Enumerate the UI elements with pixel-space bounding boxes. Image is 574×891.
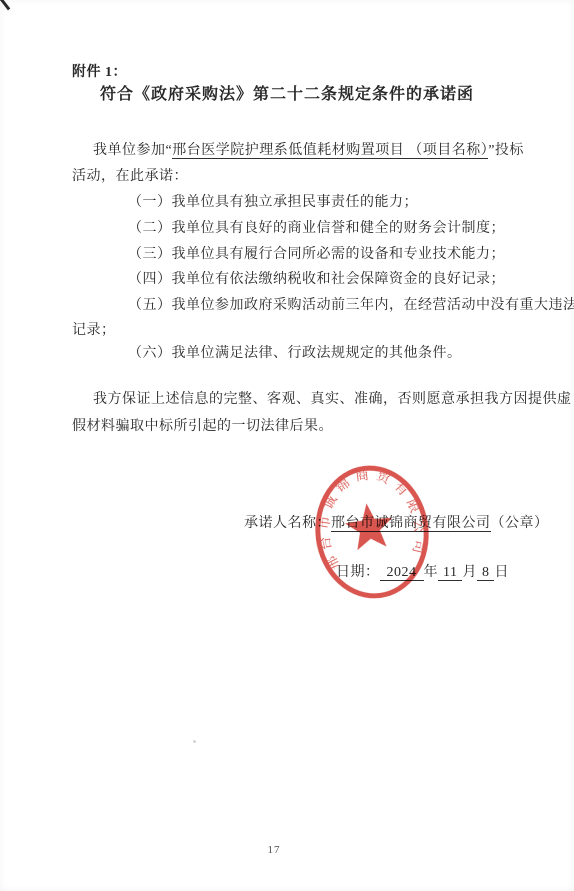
commitment-item-5-line-2: 记录； xyxy=(72,321,116,341)
company-seal-stamp: 邢台市诚锦商贸有限公司 xyxy=(303,454,441,610)
attachment-label: 附件 1： xyxy=(72,63,127,83)
date-month-underlined: 11 xyxy=(438,565,462,581)
commitment-item-1: （一）我单位具有独立承担民事责任的能力； xyxy=(128,193,418,213)
scanned-document-page: 附件 1： 符合《政府采购法》第二十二条规定条件的承诺函 我单位参加“邢台医学院… xyxy=(0,0,574,891)
commitment-item-5-line-1: （五）我单位参加政府采购活动前三年内，在经营活动中没有重大违法 xyxy=(128,296,574,316)
seal-star xyxy=(343,501,396,552)
intro-line-2: 活动，在此承诺： xyxy=(72,167,188,187)
date-day-underlined: 8 xyxy=(477,565,495,581)
commitment-item-2: （二）我单位具有良好的商业信誉和健全的财务会计制度； xyxy=(128,219,505,239)
project-name-underlined: 邢台医学院护理系低值耗材购置项目 （项目名称） xyxy=(172,143,488,159)
page-number: 17 xyxy=(0,840,548,860)
guarantee-line-1: 我方保证上述信息的完整、客观、真实、准确，否则愿意承担我方因提供虚 xyxy=(93,390,572,410)
intro-line-1: 我单位参加“邢台医学院护理系低值耗材购置项目 （项目名称）”投标 xyxy=(93,141,524,161)
scan-speck xyxy=(193,740,196,743)
scan-corner-artifact xyxy=(0,0,10,10)
commitment-item-6: （六）我单位满足法律、行政法规规定的其他条件。 xyxy=(128,344,462,364)
intro-prefix: 我单位参加“ xyxy=(93,143,172,158)
commitment-item-4: （四）我单位有依法缴纳税收和社会保障资金的良好记录； xyxy=(128,270,505,290)
intro-suffix: ”投标 xyxy=(488,143,524,158)
date-month-unit: 月 xyxy=(462,565,477,580)
document-title: 符合《政府采购法》第二十二条规定条件的承诺函 xyxy=(0,85,574,105)
commitment-item-3: （三）我单位具有履行合同所必需的设备和专业技术能力； xyxy=(128,245,505,265)
date-day-unit: 日 xyxy=(494,565,509,580)
signature-suffix: （公章） xyxy=(491,516,549,531)
guarantee-line-2: 假材料骗取中标所引起的一切法律后果。 xyxy=(72,417,333,437)
